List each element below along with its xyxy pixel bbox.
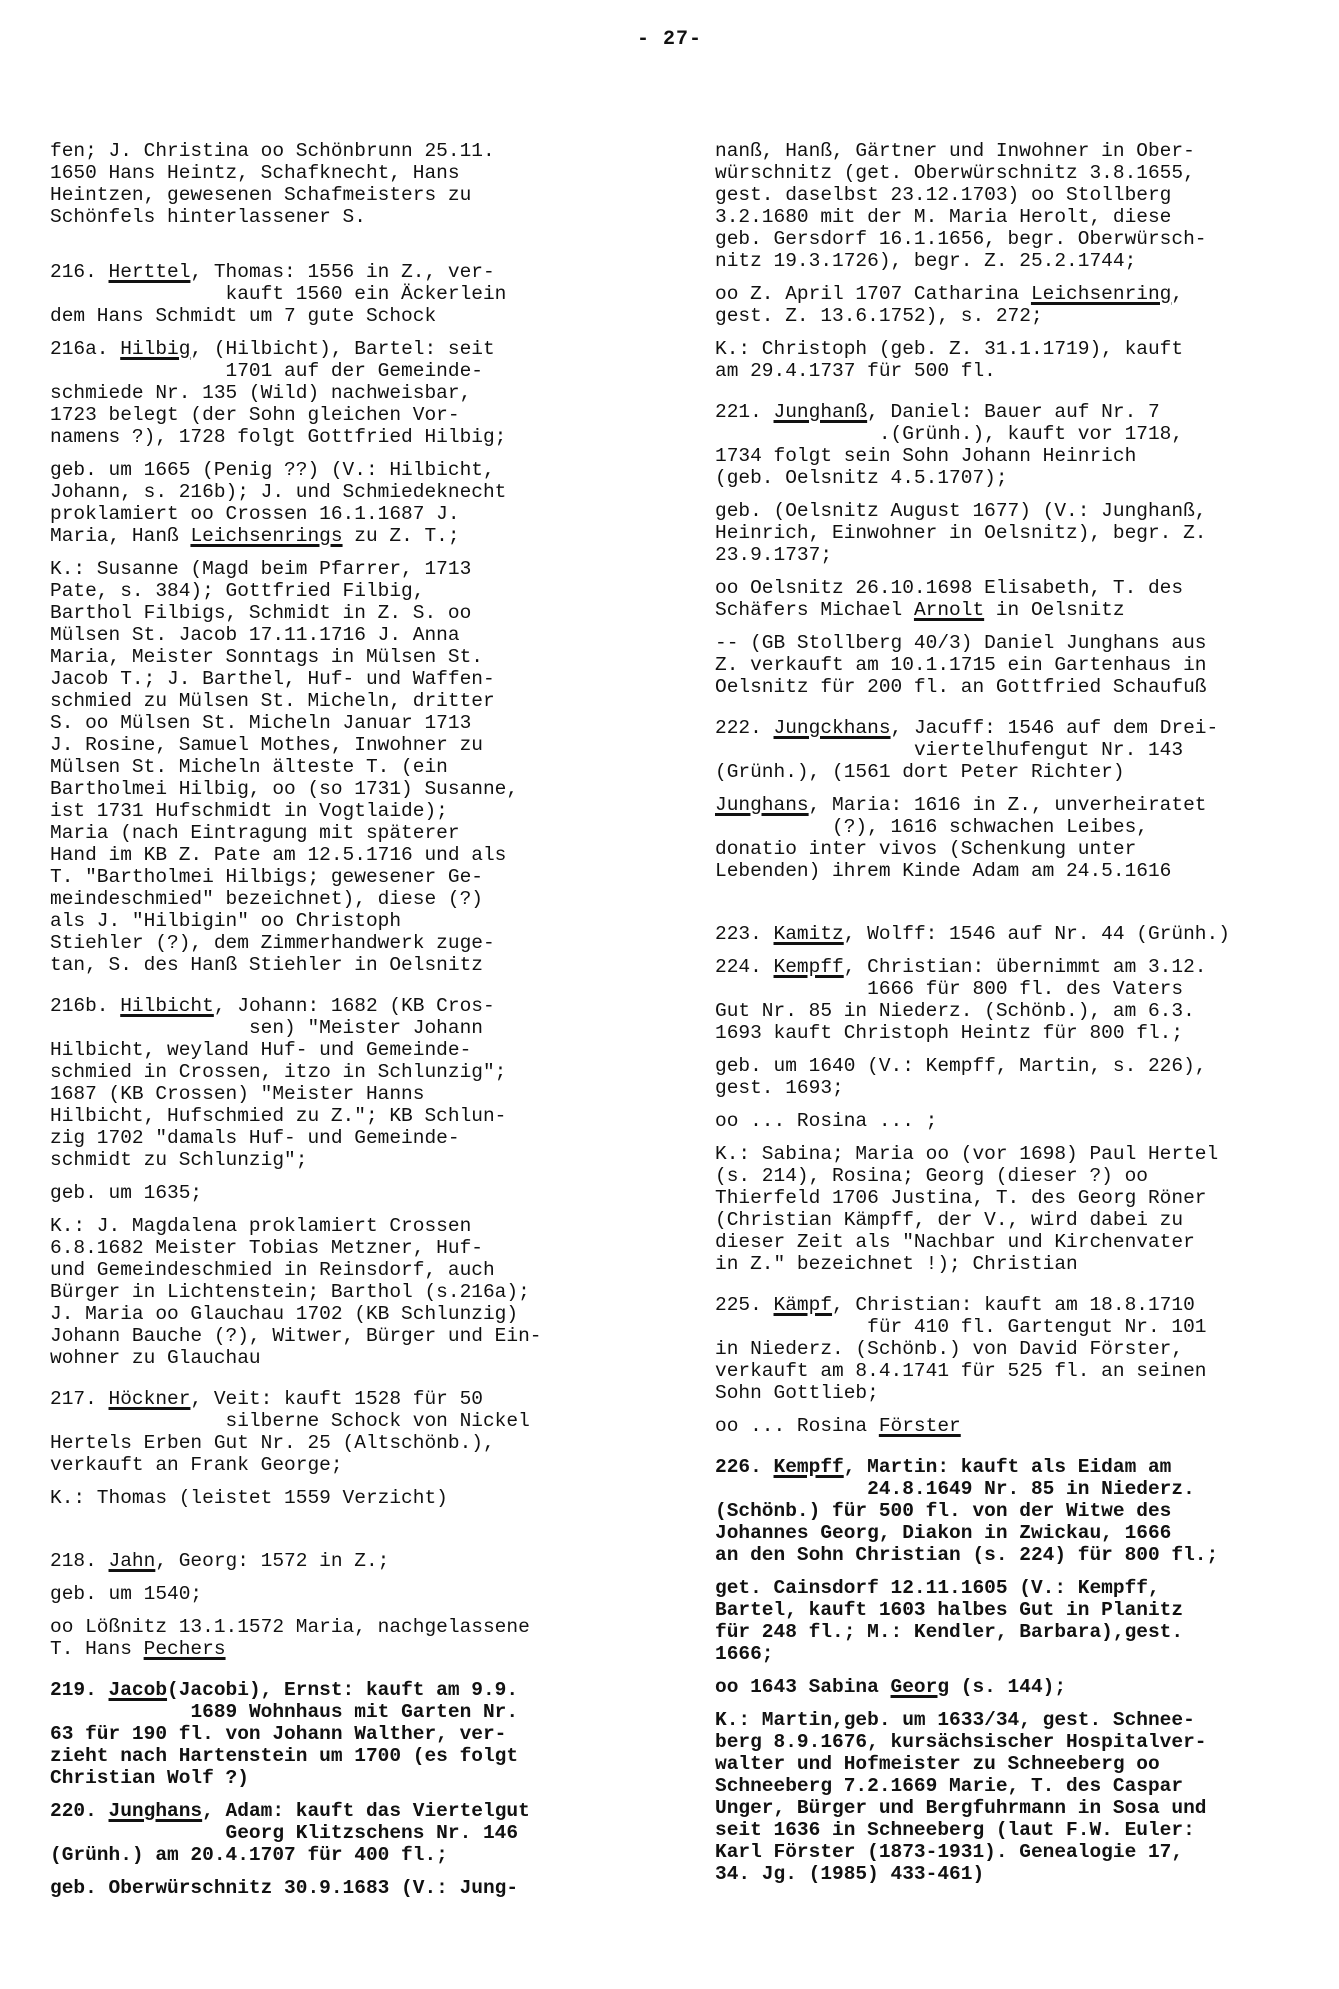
entry-number: 225. — [715, 1294, 774, 1316]
entry-220-children: K.: Christoph (geb. Z. 31.1.1719), kauft… — [715, 338, 1315, 382]
entry-text: geb. um 1640 (V.: Kempff, Martin, s. 226… — [715, 1055, 1206, 1099]
entry-226-baptism: get. Cainsdorf 12.11.1605 (V.: Kempff, B… — [715, 1577, 1315, 1665]
entry-surname: Jahn — [109, 1550, 156, 1572]
entry-216a-birth: geb. um 1665 (Penig ??) (V.: Hilbicht, J… — [50, 459, 660, 547]
entry-surname: Pechers — [144, 1638, 226, 1660]
entry-surname: Kamitz — [774, 923, 844, 945]
entry-217: 217. Höckner, Veit: kauft 1528 für 50 si… — [50, 1388, 660, 1476]
entry-216a: 216a. Hilbig, (Hilbicht), Bartel: seit 1… — [50, 338, 660, 448]
entry-number: 218. — [50, 1550, 109, 1572]
entry-216a-children: K.: Susanne (Magd beim Pfarrer, 1713 Pat… — [50, 558, 660, 976]
entry-text: (s. 144); — [949, 1676, 1066, 1698]
entry-number: 217. — [50, 1388, 109, 1410]
left-column: fen; J. Christina oo Schönbrunn 25.11. 1… — [50, 140, 660, 1910]
entry-226-marriage: oo 1643 Sabina Georg (s. 144); — [715, 1676, 1315, 1698]
entry-text: in Oelsnitz — [984, 599, 1124, 621]
entry-219: 219. Jacob(Jacobi), Ernst: kauft am 9.9.… — [50, 1679, 660, 1789]
entry-text: K.: Christoph (geb. Z. 31.1.1719), kauft… — [715, 338, 1183, 382]
entry-text: , Wolff: 1546 auf Nr. 44 (Grünh.) — [844, 923, 1230, 945]
entry-222: 222. Jungckhans, Jacuff: 1546 auf dem Dr… — [715, 717, 1315, 783]
entry-226: 226. Kempff, Martin: kauft als Eidam am … — [715, 1456, 1315, 1566]
entry-text: geb. um 1635; — [50, 1182, 202, 1204]
right-column: nanß, Hanß, Gärtner und Inwohner in Ober… — [715, 140, 1315, 1896]
entry-text: -- (GB Stollberg 40/3) Daniel Junghans a… — [715, 632, 1206, 698]
entry-surname: Junghans — [715, 794, 809, 816]
entry-surname: Jacob — [109, 1679, 168, 1701]
entry-text: get. Cainsdorf 12.11.1605 (V.: Kempff, B… — [715, 1577, 1183, 1665]
entry-number: 223. — [715, 923, 774, 945]
entry-text: K.: J. Magdalena proklamiert Crossen 6.8… — [50, 1215, 541, 1369]
entry-226-children: K.: Martin,geb. um 1633/34, gest. Schnee… — [715, 1709, 1315, 1885]
entry-text: geb. (Oelsnitz August 1677) (V.: Junghan… — [715, 500, 1206, 566]
entry-216b: 216b. Hilbicht, Johann: 1682 (KB Cros- s… — [50, 995, 660, 1171]
entry-221-land-record: -- (GB Stollberg 40/3) Daniel Junghans a… — [715, 632, 1315, 698]
entry-216b-birth: geb. um 1635; — [50, 1182, 660, 1204]
entry-text: zu Z. T.; — [343, 525, 460, 547]
entry-text: K.: Martin,geb. um 1633/34, gest. Schnee… — [715, 1709, 1206, 1885]
entry-221: 221. Junghanß, Daniel: Bauer auf Nr. 7 .… — [715, 401, 1315, 489]
entry-text: , Johann: 1682 (KB Cros- sen) "Meister J… — [50, 995, 506, 1171]
entry-223: 223. Kamitz, Wolff: 1546 auf Nr. 44 (Grü… — [715, 923, 1315, 945]
entry-text: oo Lößnitz 13.1.1572 Maria, nachgelassen… — [50, 1616, 530, 1660]
entry-text: oo ... Rosina ... ; — [715, 1110, 937, 1132]
entry-text: K.: Thomas (leistet 1559 Verzicht) — [50, 1487, 448, 1509]
entry-surname: Georg — [891, 1676, 950, 1698]
entry-surname: Höckner — [109, 1388, 191, 1410]
entry-surname: Hilbig — [120, 338, 190, 360]
entry-text: , Georg: 1572 in Z.; — [155, 1550, 389, 1572]
entry-number: 219. — [50, 1679, 109, 1701]
entry-221-birth: geb. (Oelsnitz August 1677) (V.: Junghan… — [715, 500, 1315, 566]
entry-number: 226. — [715, 1456, 774, 1478]
entry-surname: Kempff — [774, 1456, 844, 1478]
entry-surname: Hilbicht — [120, 995, 214, 1017]
entry-224-marriage: oo ... Rosina ... ; — [715, 1110, 1315, 1132]
entry-text: nanß, Hanß, Gärtner und Inwohner in Ober… — [715, 140, 1206, 272]
entry-number: 216a. — [50, 338, 120, 360]
entry-220-birth: geb. Oberwürschnitz 30.9.1683 (V.: Jung- — [50, 1877, 660, 1899]
entry-224-children: K.: Sabina; Maria oo (vor 1698) Paul Her… — [715, 1143, 1315, 1275]
entry-221-marriage: oo Oelsnitz 26.10.1698 Elisabeth, T. des… — [715, 577, 1315, 621]
entry-220-continuation: nanß, Hanß, Gärtner und Inwohner in Ober… — [715, 140, 1315, 272]
entry-222-junghans-maria: Junghans, Maria: 1616 in Z., unverheirat… — [715, 794, 1315, 882]
page-number: - 27- — [0, 28, 1339, 51]
entry-224-birth: geb. um 1640 (V.: Kempff, Martin, s. 226… — [715, 1055, 1315, 1099]
entry-216b-children: K.: J. Magdalena proklamiert Crossen 6.8… — [50, 1215, 660, 1369]
entry-218: 218. Jahn, Georg: 1572 in Z.; — [50, 1550, 660, 1572]
entry-225: 225. Kämpf, Christian: kauft am 18.8.171… — [715, 1294, 1315, 1404]
entry-surname: Herttel — [109, 261, 191, 283]
entry-224: 224. Kempff, Christian: übernimmt am 3.1… — [715, 956, 1315, 1044]
entry-text: K.: Susanne (Magd beim Pfarrer, 1713 Pat… — [50, 558, 518, 976]
entry-text: geb. um 1540; — [50, 1583, 202, 1605]
entry-220-marriage: oo Z. April 1707 Catharina Leichsenring,… — [715, 283, 1315, 327]
entry-text: oo Z. April 1707 Catharina — [715, 283, 1031, 305]
entry-surname: Kempff — [774, 956, 844, 978]
entry-text: K.: Sabina; Maria oo (vor 1698) Paul Her… — [715, 1143, 1218, 1275]
entry-218-birth: geb. um 1540; — [50, 1583, 660, 1605]
entry-continuation: fen; J. Christina oo Schönbrunn 25.11. 1… — [50, 140, 660, 228]
entry-surname: Förster — [879, 1415, 961, 1437]
entry-number: 220. — [50, 1800, 109, 1822]
entry-surname: Kämpf — [774, 1294, 833, 1316]
entry-surname: Jungckhans — [774, 717, 891, 739]
entry-text: fen; J. Christina oo Schönbrunn 25.11. 1… — [50, 140, 495, 228]
entry-surname: Leichsenring — [1031, 283, 1171, 305]
entry-surname: Arnolt — [914, 599, 984, 621]
entry-text: oo ... Rosina — [715, 1415, 879, 1437]
entry-number: 224. — [715, 956, 774, 978]
entry-216: 216. Herttel, Thomas: 1556 in Z., ver- k… — [50, 261, 660, 327]
entry-surname: Junghanß — [774, 401, 868, 423]
entry-218-marriage: oo Lößnitz 13.1.1572 Maria, nachgelassen… — [50, 1616, 660, 1660]
entry-number: 216. — [50, 261, 109, 283]
entry-number: 216b. — [50, 995, 120, 1017]
entry-225-marriage: oo ... Rosina Förster — [715, 1415, 1315, 1437]
entry-220: 220. Junghans, Adam: kauft das Viertelgu… — [50, 1800, 660, 1866]
entry-number: 222. — [715, 717, 774, 739]
entry-text: geb. Oberwürschnitz 30.9.1683 (V.: Jung- — [50, 1877, 518, 1899]
entry-217-children: K.: Thomas (leistet 1559 Verzicht) — [50, 1487, 660, 1509]
entry-surname: Junghans — [109, 1800, 203, 1822]
entry-number: 221. — [715, 401, 774, 423]
entry-surname: Leichsenrings — [190, 525, 342, 547]
entry-text: oo 1643 Sabina — [715, 1676, 891, 1698]
